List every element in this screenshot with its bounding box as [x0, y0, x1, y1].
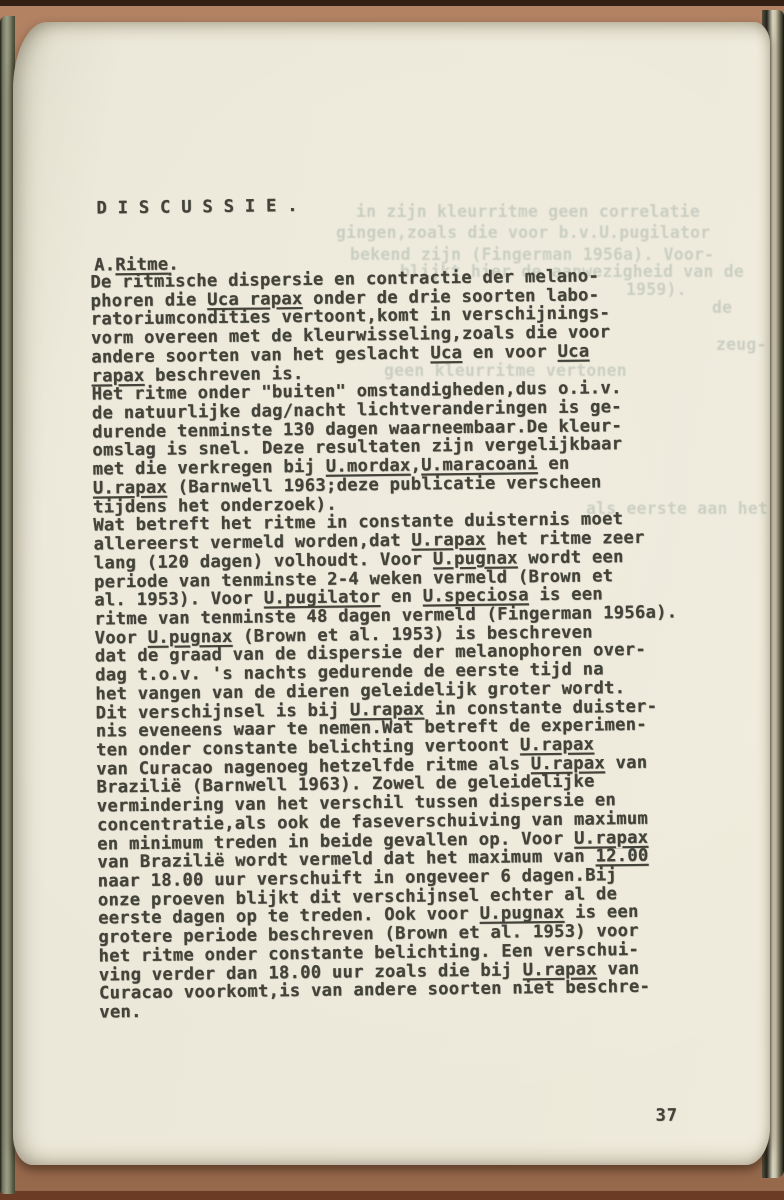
text-segment: ,: [410, 456, 421, 476]
text-segment: en: [380, 587, 423, 608]
underlined-term: Uca: [557, 341, 589, 361]
text-segment: en voor: [462, 342, 558, 363]
body-text: De ritmische dispersie en contractie der…: [90, 266, 682, 1022]
page-number: 37: [655, 1106, 678, 1125]
scanned-book-photo: { "colors":{ "paper":"#ece8d9", "ink":"#…: [0, 0, 784, 1200]
underlined-term: 12.00: [595, 846, 648, 867]
text-segment: van: [597, 959, 640, 980]
text-segment: is een: [529, 585, 603, 606]
page-title: D I S C U S S I E .: [96, 197, 298, 218]
underlined-term: U.rapax: [411, 530, 485, 551]
typewritten-text-layer: D I S C U S S I E . A.Ritme. De ritmisch…: [0, 0, 784, 1200]
underlined-term: U.rapax: [93, 478, 167, 499]
underlined-term: Uca: [430, 343, 462, 363]
text-segment: ven.: [99, 1002, 142, 1023]
text-segment: en: [538, 454, 570, 474]
underlined-term: U.rapax: [520, 734, 594, 755]
text-segment: van: [605, 752, 648, 773]
